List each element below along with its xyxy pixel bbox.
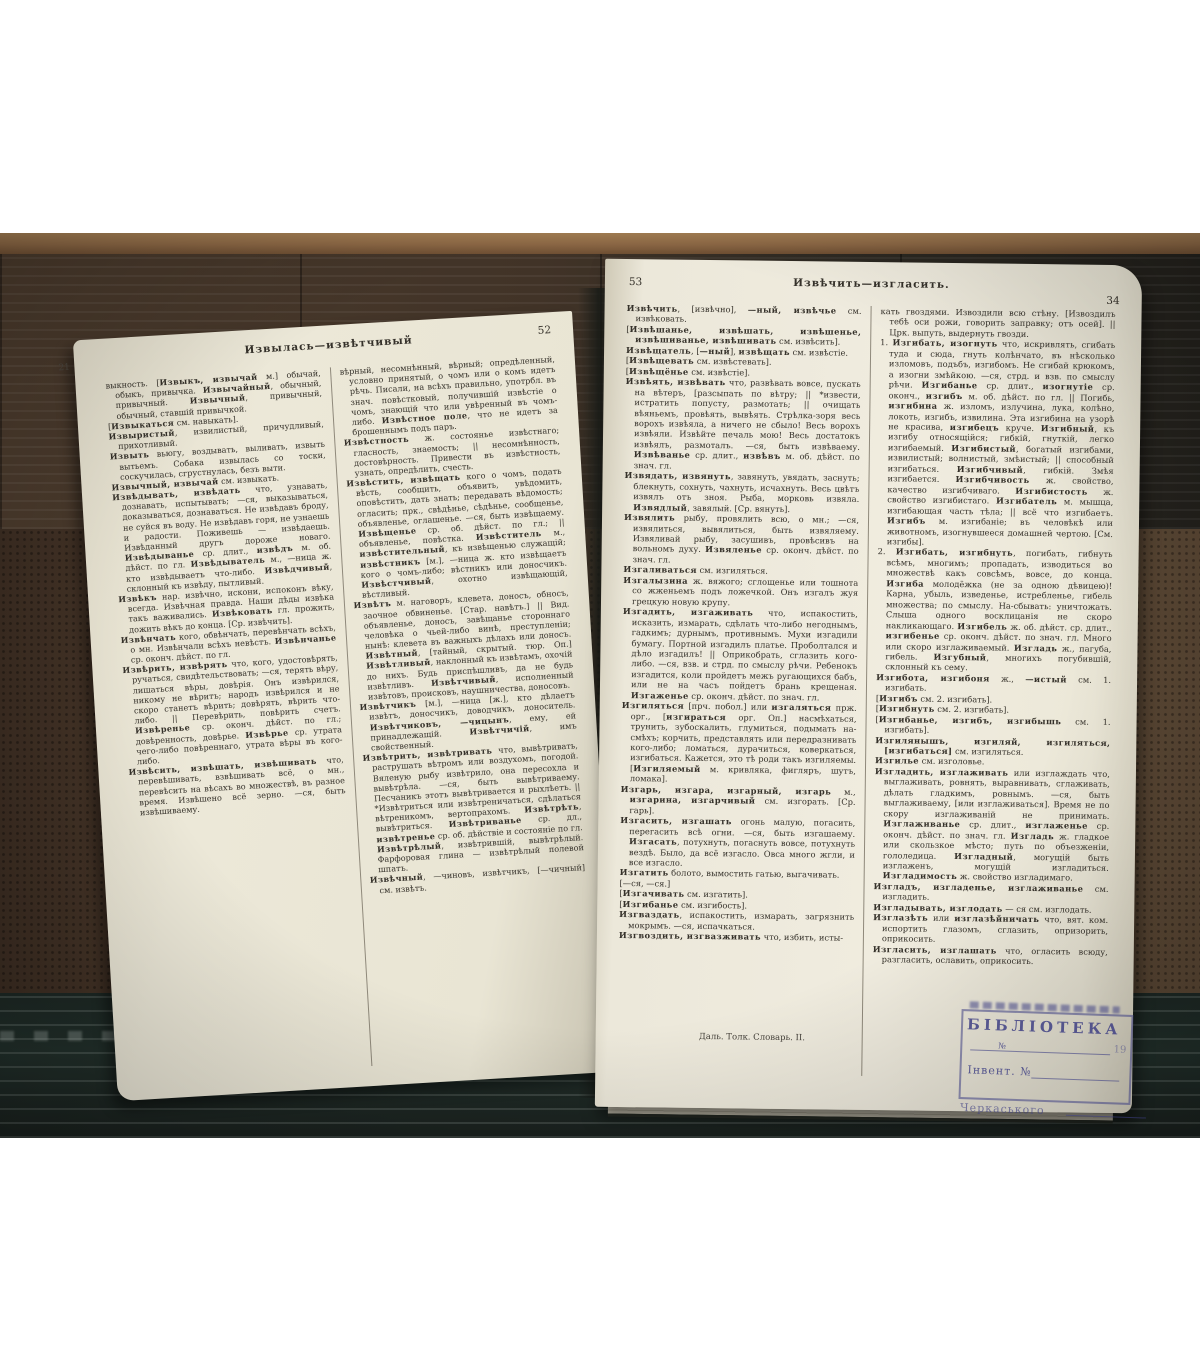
left-page: Извылась—извѣтчивый 52 21 выкность. [Изв… (73, 311, 617, 1101)
screenshot-canvas: Извылась—извѣтчивый 52 21 выкность. [Изв… (0, 0, 1200, 1372)
left-page-number: 52 (537, 324, 551, 337)
wood-shelf-edge (0, 233, 1200, 254)
right-page-column-1: Извѣчить, [извѣчно], —ный, извѣчье см. и… (617, 303, 861, 1076)
stamp-year: 19 (1113, 1044, 1126, 1055)
right-page: 53 Извѣчить—изгласить. 34 Извѣчить, [изв… (595, 259, 1142, 1113)
left-page-text: выкность. [Извыкъ, извычай м.] обычай, о… (105, 354, 596, 1079)
stamp-inventory-label: Інвент. № (967, 1063, 1032, 1078)
right-page-header: 53 Извѣчить—изгласить. 34 (627, 275, 1116, 301)
left-margin-mark: 21 (58, 363, 70, 374)
library-stamp: БІБЛІОТЕКА № 19 Інвент. № Черкаського (958, 1009, 1133, 1105)
right-running-head: Извѣчить—изгласить. (627, 275, 1116, 293)
right-page-number-right: 34 (1106, 295, 1120, 307)
stamp-number-mark: № (998, 1041, 1006, 1050)
left-page-column-1: выкность. [Извыкъ, извычай м.] обычай, о… (105, 368, 362, 1080)
right-page-text: Извѣчить, [извѣчно], —ный, извѣчье см. и… (617, 303, 1115, 1079)
right-page-column-2: кать гвоздями. Извоздили всю стѣну. [Изв… (861, 306, 1115, 1079)
left-page-column-2: вѣрный, несомнѣнный, вѣрный; опредѣленны… (329, 354, 596, 1066)
book-photo: Извылась—извѣтчивый 52 21 выкность. [Изв… (0, 233, 1200, 1138)
